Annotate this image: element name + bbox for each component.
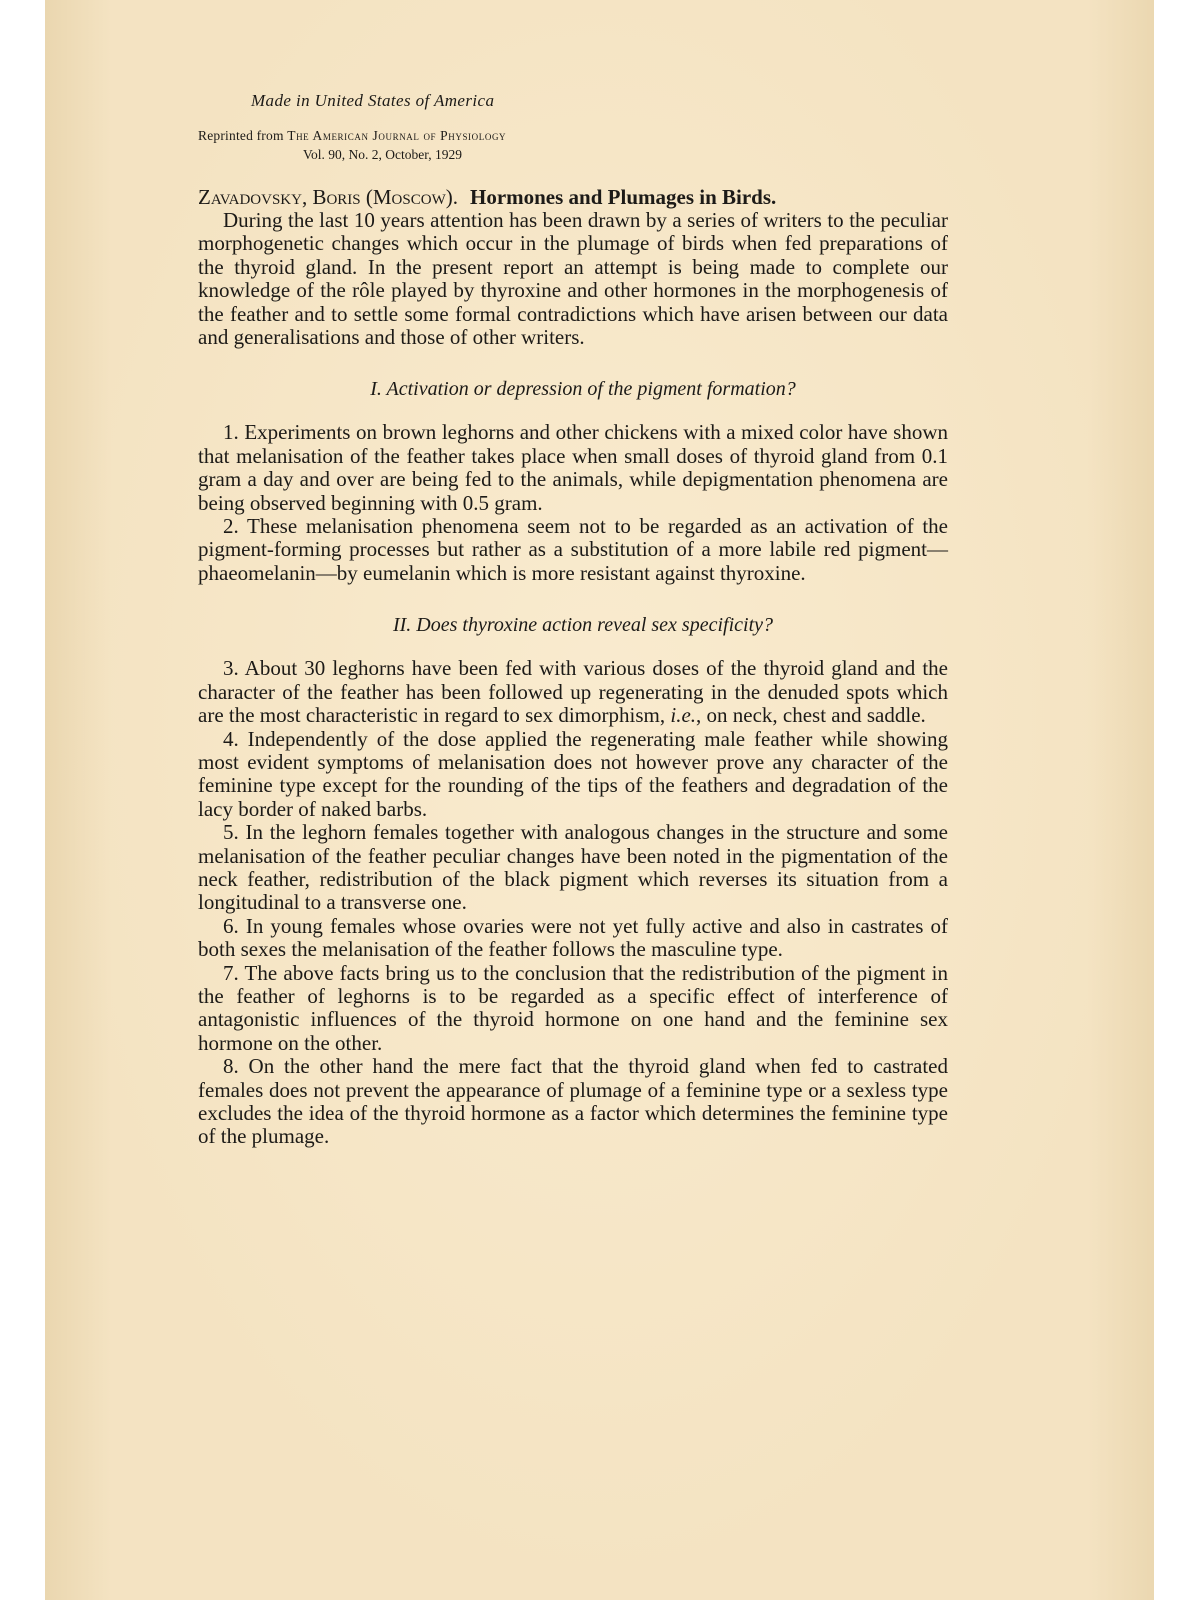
paragraph-3-tail: , on neck, chest and saddle. <box>696 703 926 727</box>
article-heading: Zavadovsky, Boris (Moscow).Hormones and … <box>198 186 948 209</box>
numbered-paragraph-5: 5. In the leghorn females together with … <box>198 821 948 915</box>
author-name: Zavadovsky, Boris (Moscow). <box>198 185 458 209</box>
made-in-notice: Made in United States of America <box>251 86 948 116</box>
intro-paragraph: During the last 10 years attention has b… <box>198 209 948 349</box>
page-content: Made in United States of America Reprint… <box>198 86 948 1149</box>
numbered-paragraph-8: 8. On the other hand the mere fact that … <box>198 1055 948 1149</box>
scanned-page: Made in United States of America Reprint… <box>45 0 1154 1600</box>
volume-line: Vol. 90, No. 2, October, 1929 <box>303 146 948 164</box>
section-heading-1: I. Activation or depression of the pigme… <box>198 377 948 401</box>
reprint-prefix: Reprinted from <box>198 128 287 143</box>
numbered-paragraph-1: 1. Experiments on brown leghorns and oth… <box>198 421 948 515</box>
numbered-paragraph-2: 2. These melanisation phenomena seem not… <box>198 515 948 585</box>
numbered-paragraph-6: 6. In young females whose ovaries were n… <box>198 915 948 962</box>
reprint-line: Reprinted from The American Journal of P… <box>198 126 948 146</box>
article-title: Hormones and Plumages in Birds. <box>470 185 776 209</box>
numbered-paragraph-3: 3. About 30 leghorns have been fed with … <box>198 657 948 727</box>
ie-abbreviation: i.e. <box>670 703 696 727</box>
section-heading-2: II. Does thyroxine action reveal sex spe… <box>198 613 948 637</box>
journal-name: The American Journal of Physiology <box>287 128 506 143</box>
numbered-paragraph-7: 7. The above facts bring us to the concl… <box>198 962 948 1056</box>
numbered-paragraph-4: 4. Independently of the dose applied the… <box>198 728 948 822</box>
